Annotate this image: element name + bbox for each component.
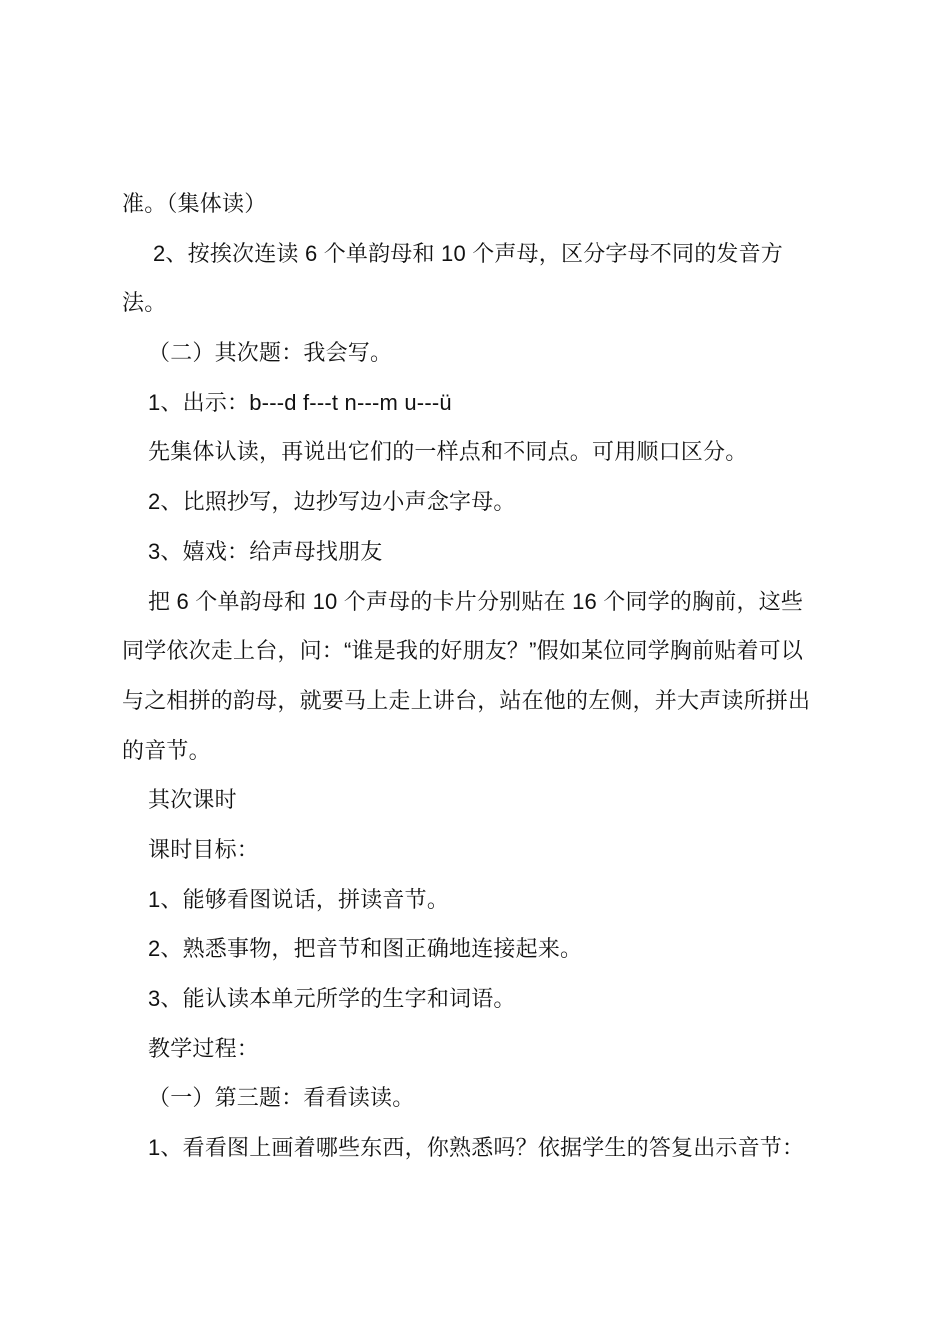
text-line: 课时目标： — [122, 825, 838, 875]
text-line: 教学过程： — [122, 1024, 838, 1074]
text-line: 其次课时 — [122, 775, 838, 825]
text-line: 2、熟悉事物，把音节和图正确地连接起来。 — [122, 924, 838, 974]
document-page: 准。（集体读） 2、按挨次连读 6 个单韵母和 10 个声母，区分字母不同的发音… — [0, 0, 950, 1344]
text-line: 2、比照抄写，边抄写边小声念字母。 — [122, 477, 838, 527]
document-text-block: 准。（集体读） 2、按挨次连读 6 个单韵母和 10 个声母，区分字母不同的发音… — [122, 179, 838, 1173]
text-line: 3、能认读本单元所学的生字和词语。 — [122, 974, 838, 1024]
text-line: 2、按挨次连读 6 个单韵母和 10 个声母，区分字母不同的发音方 — [122, 229, 838, 279]
text-line: 1、看看图上画着哪些东西，你熟悉吗？依据学生的答复出示音节： — [122, 1123, 838, 1173]
text-line: 3、嬉戏：给声母找朋友 — [122, 527, 838, 577]
text-line: （二）其次题：我会写。 — [122, 328, 838, 378]
text-line: （一）第三题：看看读读。 — [122, 1073, 838, 1123]
text-line: 法。 — [122, 278, 838, 328]
text-line: 1、出示：b---d f---t n---m u---ü — [122, 378, 838, 428]
text-line: 同学依次走上台，问：“谁是我的好朋友？”假如某位同学胸前贴着可以 — [122, 626, 838, 676]
text-line: 的音节。 — [122, 726, 838, 776]
text-line: 先集体认读，再说出它们的一样点和不同点。可用顺口区分。 — [122, 427, 838, 477]
text-line: 把 6 个单韵母和 10 个声母的卡片分别贴在 16 个同学的胸前，这些 — [122, 577, 838, 627]
text-line: 1、能够看图说话，拼读音节。 — [122, 875, 838, 925]
text-line: 准。（集体读） — [122, 179, 838, 229]
text-line: 与之相拼的韵母，就要马上走上讲台，站在他的左侧，并大声读所拼出 — [122, 676, 838, 726]
